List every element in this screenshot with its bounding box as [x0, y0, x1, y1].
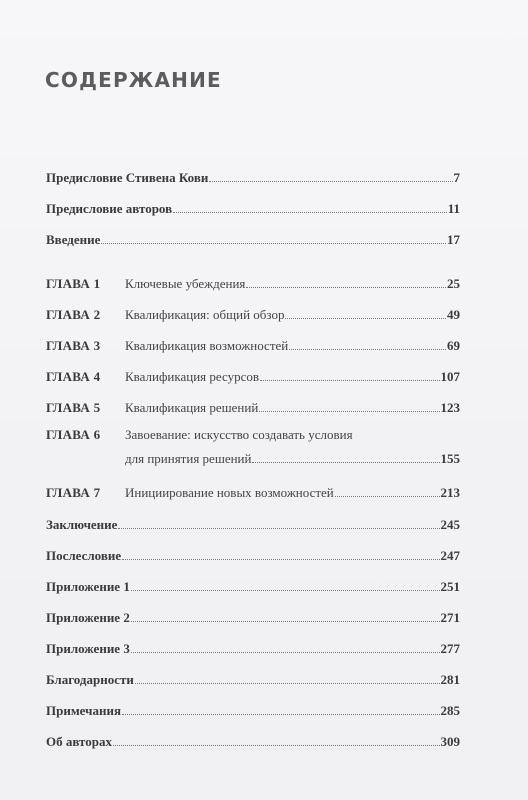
dot-leader	[209, 181, 452, 182]
toc-entry-chapter-7[interactable]: ГЛАВА 7 Инициирование новых возможностей…	[46, 481, 460, 501]
dot-leader	[131, 652, 440, 653]
toc-page: СОДЕРЖАНИЕ Предисловие Стивена Кови 7 Пр…	[0, 0, 528, 800]
chapter-label: ГЛАВА 5	[46, 400, 125, 416]
dot-leader	[122, 714, 440, 715]
dot-leader	[259, 411, 439, 412]
chapter-title: Квалификация решений	[125, 400, 258, 416]
dot-leader	[135, 683, 440, 684]
page-number: 245	[441, 517, 461, 533]
toc-entry-authors-foreword[interactable]: Предисловие авторов 11	[46, 197, 460, 217]
toc-entry-chapter-4[interactable]: ГЛАВА 4 Квалификация ресурсов 107	[46, 365, 460, 385]
dot-leader	[335, 496, 440, 497]
chapter-title-line-1: Завоевание: искусство создавать условия	[125, 427, 460, 443]
page-number: 213	[441, 485, 461, 501]
page-number: 155	[441, 451, 461, 467]
page-number: 285	[441, 703, 461, 719]
chapter-title: Ключевые убеждения	[125, 276, 245, 292]
dot-leader	[118, 528, 439, 529]
chapter-title-line-2: для принятия решений	[125, 451, 251, 467]
dot-leader	[101, 243, 446, 244]
dot-leader	[246, 287, 446, 288]
toc-entry-chapter-1[interactable]: ГЛАВА 1 Ключевые убеждения 25	[46, 272, 460, 292]
page-number: 271	[441, 610, 461, 626]
toc-entry-appendix-2[interactable]: Приложение 2 271	[46, 606, 460, 626]
chapter-label: ГЛАВА 1	[46, 276, 125, 292]
entry-title: Заключение	[46, 517, 117, 533]
chapter-label: ГЛАВА 3	[46, 338, 125, 354]
dot-leader	[113, 745, 439, 746]
dot-leader	[131, 621, 440, 622]
chapter-label: ГЛАВА 6	[46, 427, 125, 443]
chapter-label: ГЛАВА 7	[46, 485, 125, 501]
toc-entry-acknowledgements[interactable]: Благодарности 281	[46, 668, 460, 688]
entry-title: Приложение 1	[46, 579, 130, 595]
page-number: 69	[447, 338, 460, 354]
page-number: 25	[447, 276, 460, 292]
dot-leader	[131, 590, 440, 591]
toc-entry-about-authors[interactable]: Об авторах 309	[46, 730, 460, 750]
entry-title: Введение	[46, 232, 100, 248]
entry-title: Предисловие Стивена Кови	[46, 170, 208, 186]
page-number: 17	[447, 232, 460, 248]
toc-entry-afterword[interactable]: Послесловие 247	[46, 544, 460, 564]
page-number: 49	[447, 307, 460, 323]
toc-entry-chapter-3[interactable]: ГЛАВА 3 Квалификация возможностей 69	[46, 334, 460, 354]
toc-entry-appendix-1[interactable]: Приложение 1 251	[46, 575, 460, 595]
toc-entry-chapter-5[interactable]: ГЛАВА 5 Квалификация решений 123	[46, 396, 460, 416]
chapter-title-block: Завоевание: искусство создавать условия …	[125, 427, 460, 467]
page-number: 247	[441, 548, 461, 564]
dot-leader	[173, 212, 447, 213]
dot-leader	[252, 462, 439, 463]
page-number: 7	[454, 170, 461, 186]
dot-leader	[122, 559, 439, 560]
entry-title: Примечания	[46, 703, 121, 719]
page-number: 11	[448, 201, 460, 217]
page-number: 309	[441, 734, 461, 750]
page-title: СОДЕРЖАНИЕ	[45, 68, 222, 92]
entry-title: Приложение 3	[46, 641, 130, 657]
toc-entry-chapter-2[interactable]: ГЛАВА 2 Квалификация: общий обзор 49	[46, 303, 460, 323]
page-number: 107	[441, 369, 461, 385]
chapter-title: Инициирование новых возможностей	[125, 485, 334, 501]
toc-entry-chapter-6[interactable]: ГЛАВА 6 Завоевание: искусство создавать …	[46, 427, 460, 467]
toc-entry-introduction[interactable]: Введение 17	[46, 228, 460, 248]
toc-entry-appendix-3[interactable]: Приложение 3 277	[46, 637, 460, 657]
entry-title: Предисловие авторов	[46, 201, 172, 217]
chapter-label: ГЛАВА 4	[46, 369, 125, 385]
toc-entry-foreword-covey[interactable]: Предисловие Стивена Кови 7	[46, 166, 460, 186]
dot-leader	[289, 349, 446, 350]
dot-leader	[285, 318, 446, 319]
page-number: 281	[441, 672, 461, 688]
page-number: 123	[441, 400, 461, 416]
page-number: 277	[441, 641, 461, 657]
chapter-title: Квалификация: общий обзор	[125, 307, 284, 323]
entry-title: Об авторах	[46, 734, 112, 750]
dot-leader	[260, 380, 440, 381]
toc-entry-conclusion[interactable]: Заключение 245	[46, 513, 460, 533]
chapter-title-line-2-row: для принятия решений 155	[125, 451, 460, 467]
toc-entry-notes[interactable]: Примечания 285	[46, 699, 460, 719]
entry-title: Благодарности	[46, 672, 134, 688]
chapter-title: Квалификация возможностей	[125, 338, 288, 354]
entry-title: Послесловие	[46, 548, 121, 564]
page-number: 251	[441, 579, 461, 595]
chapter-label: ГЛАВА 2	[46, 307, 125, 323]
entry-title: Приложение 2	[46, 610, 130, 626]
chapter-title: Квалификация ресурсов	[125, 369, 259, 385]
